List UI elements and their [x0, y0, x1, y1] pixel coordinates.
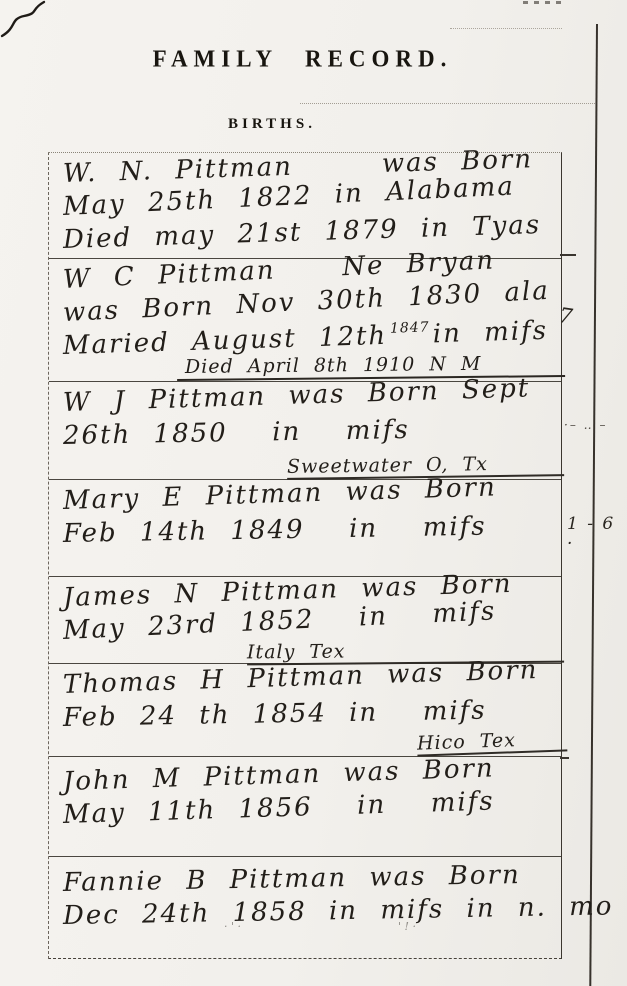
margin-mark-one-six: 1 - 6 · — [567, 514, 627, 554]
divider-tick — [560, 757, 569, 759]
bottom-noise-mark: ' ! · — [398, 920, 416, 933]
divider-tick — [560, 254, 576, 256]
birth-entry-7: John M Pittman was Born May 11th 1856 in… — [49, 757, 561, 857]
superscript-year: 1847 — [390, 319, 430, 336]
birth-entry-2: W C Pittman Ne Bryan was Born Nov 30th 1… — [49, 259, 561, 382]
birth-entry-8: Fannie B Pittman was Born Dec 24th 1858 … — [49, 857, 561, 958]
scan-speck — [523, 1, 563, 4]
bottom-noise-mark: · ' · — [224, 920, 241, 933]
entry-line-segment: in mifs — [432, 316, 548, 350]
ink-squiggle-mark — [0, 0, 46, 40]
birth-entry-4: Mary E Pittman was Born Feb 14th 1849 in… — [49, 480, 561, 577]
margin-mark-seven: 7 — [557, 303, 574, 329]
document-page: FAMILY RECORD. BIRTHS. W. N. Pittman was… — [0, 0, 627, 986]
birth-entry-6: Thomas H Pittman was Born Feb 24 th 1854… — [49, 664, 561, 757]
margin-mark-dashes: ·– ‥ – — [564, 418, 607, 432]
section-heading: BIRTHS. — [152, 116, 392, 133]
births-table: W. N. Pittman was Born May 25th 1822 in … — [48, 152, 562, 959]
faint-rule-top — [450, 28, 562, 29]
birth-entry-5: James N Pittman was Born May 23rd 1852 i… — [49, 577, 561, 664]
birth-entry-3: W J Pittman was Born Sept 26th 1850 in m… — [49, 382, 561, 480]
birth-entry-1: W. N. Pittman was Born May 25th 1822 in … — [49, 153, 561, 259]
outer-edge-line — [589, 24, 597, 986]
page-title: FAMILY RECORD. — [0, 45, 605, 72]
faint-rule-under-title — [300, 103, 595, 104]
